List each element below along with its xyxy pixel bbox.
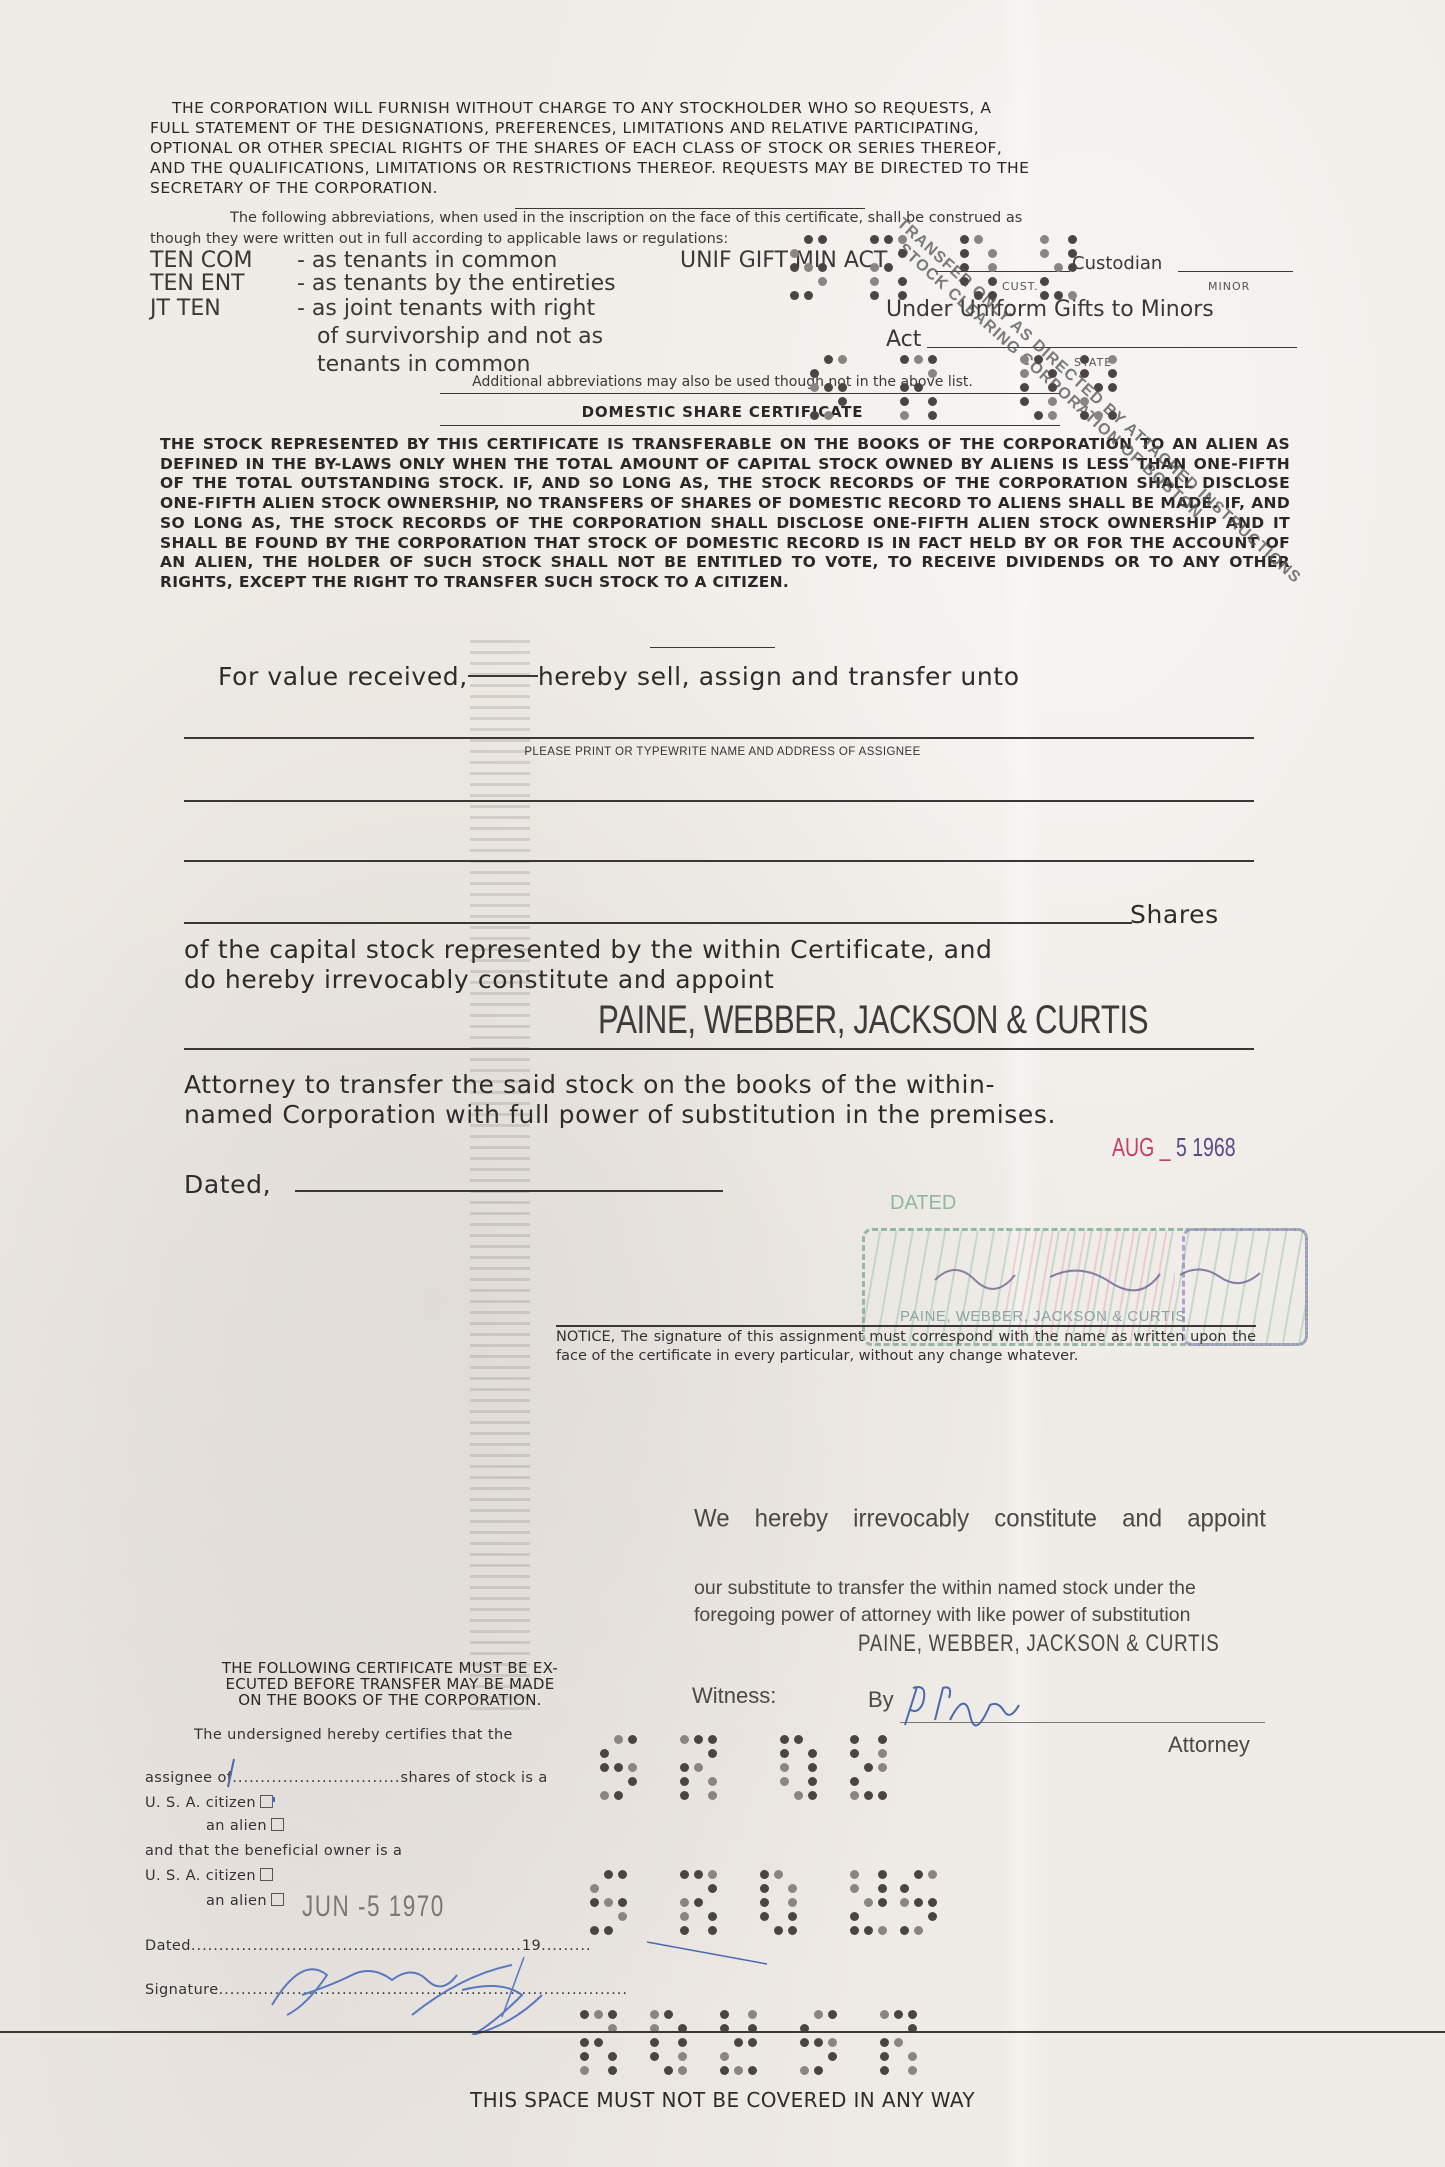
perforation-hole xyxy=(708,1912,717,1921)
perforation-hole xyxy=(604,1898,613,1907)
perforation-hole xyxy=(808,1791,817,1800)
signature-line[interactable] xyxy=(556,1325,1256,1327)
perforation-hole xyxy=(780,1735,789,1744)
perforation-hole xyxy=(708,1926,717,1935)
perforation-hole xyxy=(788,1884,797,1893)
perforation-hole xyxy=(800,2038,809,2047)
perforation-hole xyxy=(864,1791,873,1800)
perforation-hole xyxy=(664,2010,673,2019)
perforation-hole xyxy=(734,2066,743,2075)
perforation-hole xyxy=(898,277,907,286)
citizenship-certificate-heading: THE FOLLOWING CERTIFICATE MUST BE EX- EC… xyxy=(145,1660,635,1708)
notice-line: OPTIONAL OR OTHER SPECIAL RIGHTS OF THE … xyxy=(150,138,1300,158)
assignee-alien-row: an alien xyxy=(206,1818,284,1834)
perforation-hole xyxy=(628,1777,637,1786)
holder-signature-icon xyxy=(262,1945,662,2035)
perforation-hole xyxy=(898,235,907,244)
domestic-share-title: DOMESTIC SHARE CERTIFICATE xyxy=(0,403,1445,421)
perforation-hole xyxy=(1034,355,1043,364)
dated-line[interactable] xyxy=(295,1190,723,1192)
perforation-hole xyxy=(1020,355,1029,364)
perforation-hole xyxy=(900,1898,909,1907)
witness-label: Witness: xyxy=(692,1683,776,1709)
value-received-line: For value received,hereby sell, assign a… xyxy=(218,662,1020,692)
perforation-hole xyxy=(960,277,969,286)
state-line xyxy=(927,347,1297,348)
guarantee-signature-icon xyxy=(930,1255,1270,1295)
notice-line: THE CORPORATION WILL FURNISH WITHOUT CHA… xyxy=(150,98,1300,118)
guarantee-stamp-firm: PAINE, WEBBER, JACKSON & CURTIS xyxy=(900,1308,1186,1325)
perforation-hole xyxy=(804,291,813,300)
perforation-hole xyxy=(1080,397,1089,406)
perforation-hole xyxy=(680,1735,689,1744)
perforation-hole xyxy=(1108,369,1117,378)
assignee-shares-field[interactable]: .............................. xyxy=(232,1770,400,1786)
perforation-hole xyxy=(680,1791,689,1800)
perforation-hole xyxy=(618,1870,627,1879)
perforation-hole xyxy=(870,291,879,300)
perforation-hole xyxy=(1020,369,1029,378)
perforation-hole xyxy=(928,355,937,364)
perforation-hole xyxy=(800,2066,809,2075)
perforation-hole xyxy=(900,355,909,364)
perforation-hole xyxy=(900,411,909,420)
pen-stroke-icon xyxy=(645,1940,775,1970)
owner-alien-checkbox[interactable] xyxy=(271,1893,284,1906)
custodian-label: Custodian xyxy=(1072,252,1162,276)
perforation-hole xyxy=(600,1763,609,1772)
beneficial-owner-text: and that the beneficial owner is a xyxy=(145,1843,402,1859)
perforation-hole xyxy=(884,235,893,244)
perforation-hole xyxy=(878,1791,887,1800)
owner-usa-citizen-row: U. S. A. citizen xyxy=(145,1868,273,1884)
perforation-hole xyxy=(988,291,997,300)
check-mark-icon xyxy=(220,1755,250,1795)
perforation-hole xyxy=(780,1749,789,1758)
perforation-hole xyxy=(818,235,827,244)
perforation-hole xyxy=(818,263,827,272)
perforation-hole xyxy=(900,397,909,406)
perforation-hole xyxy=(1080,411,1089,420)
abbreviations-intro: The following abbreviations, when used i… xyxy=(150,208,1300,250)
perforation-hole xyxy=(900,1926,909,1935)
act-label: Act xyxy=(886,328,921,352)
perforation-hole xyxy=(628,1735,637,1744)
substitution-heading: We hereby irrevocably constitute and app… xyxy=(694,1504,1266,1533)
perforation-hole xyxy=(708,1735,717,1744)
perforation-hole xyxy=(600,1791,609,1800)
perforation-hole xyxy=(1054,291,1063,300)
notice-line: FULL STATEMENT OF THE DESIGNATIONS, PREF… xyxy=(150,118,1300,138)
perforation-hole xyxy=(1054,263,1063,272)
perforation-hole xyxy=(680,1898,689,1907)
perforation-hole xyxy=(880,2010,889,2019)
perforation-hole xyxy=(694,1870,703,1879)
perforation-hole xyxy=(788,1926,797,1935)
perforation-hole xyxy=(928,1870,937,1879)
perforation-hole xyxy=(914,1898,923,1907)
perforation-hole xyxy=(850,1749,859,1758)
perforation-hole xyxy=(914,1926,923,1935)
perforation-hole xyxy=(788,1898,797,1907)
attorney-signature-icon xyxy=(895,1680,1035,1730)
perforation-hole xyxy=(928,1898,937,1907)
perforation-hole xyxy=(898,291,907,300)
perforation-hole xyxy=(774,1870,783,1879)
perforation-hole xyxy=(928,397,937,406)
perforation-hole xyxy=(678,2038,687,2047)
divider xyxy=(650,647,775,648)
perforation-hole xyxy=(580,2010,589,2019)
by-label: By xyxy=(868,1687,894,1713)
perforation-hole xyxy=(708,1791,717,1800)
perforation-hole xyxy=(870,235,879,244)
attorney-clause: Attorney to transfer the said stock on t… xyxy=(184,1070,1256,1130)
perforation-hole xyxy=(618,1898,627,1907)
guarantee-stamp-dated: DATED xyxy=(890,1192,956,1215)
assignee-caption: PLEASE PRINT OR TYPEWRITE NAME AND ADDRE… xyxy=(0,746,1445,758)
perforation-hole xyxy=(794,1791,803,1800)
perforation-hole xyxy=(878,1749,887,1758)
perforation-hole xyxy=(604,1870,613,1879)
perforation-hole xyxy=(850,1912,859,1921)
perforation-hole xyxy=(708,1870,717,1879)
divider xyxy=(440,393,1060,394)
perforation-hole xyxy=(1040,291,1049,300)
perforation-hole xyxy=(614,1735,623,1744)
perforation-hole xyxy=(1048,397,1057,406)
perforation-hole xyxy=(614,1763,623,1772)
perforation-hole xyxy=(878,1926,887,1935)
substitution-firm: PAINE, WEBBER, JACKSON & CURTIS xyxy=(858,1630,1220,1658)
perforation-hole xyxy=(760,1884,769,1893)
perforation-hole xyxy=(600,1749,609,1758)
perforation-hole xyxy=(694,1763,703,1772)
perforation-hole xyxy=(900,1884,909,1893)
perforation-hole xyxy=(960,263,969,272)
perforation-hole xyxy=(838,383,847,392)
perforation-hole xyxy=(604,1926,613,1935)
minor-caption: MINOR xyxy=(1208,280,1250,293)
perforation-hole xyxy=(708,1777,717,1786)
perforation-hole xyxy=(960,235,969,244)
footer-rule xyxy=(0,2031,1445,2033)
perforation-hole xyxy=(694,1898,703,1907)
minor-line xyxy=(1178,271,1293,272)
attorney-line[interactable] xyxy=(184,1048,1254,1050)
perforation-hole xyxy=(608,2066,617,2075)
stockholder-rights-notice: THE CORPORATION WILL FURNISH WITHOUT CHA… xyxy=(150,98,1300,198)
perforation-hole xyxy=(864,1926,873,1935)
assignor-field[interactable] xyxy=(468,675,538,677)
perforation-hole xyxy=(894,2038,903,2047)
perforation-hole xyxy=(1034,411,1043,420)
perforation-hole xyxy=(628,1763,637,1772)
perforation-hole xyxy=(794,1735,803,1744)
perforation-hole xyxy=(580,2066,589,2075)
perforation-hole xyxy=(884,263,893,272)
perforation-hole xyxy=(914,355,923,364)
assignee-address-line[interactable] xyxy=(184,800,1254,802)
perforation-hole xyxy=(790,263,799,272)
perforation-hole xyxy=(790,291,799,300)
perforation-hole xyxy=(828,2010,837,2019)
perforation-hole xyxy=(810,383,819,392)
perforation-hole xyxy=(804,263,813,272)
perforation-hole xyxy=(804,235,813,244)
perforation-hole xyxy=(824,411,833,420)
aug-1968-date-stamp: AUG _ 5 1968 xyxy=(1112,1132,1236,1163)
perforation-hole xyxy=(838,355,847,364)
perforation-hole xyxy=(1048,411,1057,420)
perforation-hole xyxy=(590,1884,599,1893)
perforation-hole xyxy=(780,1763,789,1772)
perforation-hole xyxy=(828,2038,837,2047)
shares-amount-line[interactable] xyxy=(184,922,1132,924)
perforation-hole xyxy=(1020,397,1029,406)
attorney-label: Attorney xyxy=(1168,1732,1250,1758)
perforation-hole xyxy=(880,2052,889,2061)
perforation-hole xyxy=(928,1912,937,1921)
perforation-hole xyxy=(650,2052,659,2061)
divider xyxy=(440,425,1060,426)
substitution-clause: our substitute to transfer the within na… xyxy=(694,1575,1259,1629)
assignee-address-line-2[interactable] xyxy=(184,860,1254,862)
perforation-hole xyxy=(878,1870,887,1879)
footer-notice: THIS SPACE MUST NOT BE COVERED IN ANY WA… xyxy=(0,2088,1445,2112)
perforation-hole xyxy=(864,1898,873,1907)
perforation-hole xyxy=(824,355,833,364)
signature-notice: NOTICE, The signature of this assignment… xyxy=(556,1328,1256,1366)
notice-line: AND THE QUALIFICATIONS, LIMITATIONS OR R… xyxy=(150,158,1300,178)
assignee-usa-citizen-row: U. S. A. citizen xyxy=(145,1795,273,1811)
perforation-hole xyxy=(614,1791,623,1800)
perforation-hole xyxy=(1048,369,1057,378)
attorney-firm-name: PAINE, WEBBER, JACKSON & CURTIS xyxy=(598,998,1148,1043)
perforation-hole xyxy=(878,1763,887,1772)
perforation-hole xyxy=(974,291,983,300)
perforation-hole xyxy=(594,2010,603,2019)
perforation-hole xyxy=(760,1870,769,1879)
perforation-hole xyxy=(814,2038,823,2047)
perforation-hole xyxy=(850,1777,859,1786)
perforation-hole xyxy=(680,1912,689,1921)
perforation-hole xyxy=(720,2010,729,2019)
perforation-hole xyxy=(878,1898,887,1907)
perforation-hole xyxy=(808,1749,817,1758)
perforation-hole xyxy=(1094,383,1103,392)
dated-label: Dated, xyxy=(184,1170,271,1200)
perforation-hole xyxy=(900,383,909,392)
cust-caption: CUST. xyxy=(1002,280,1039,293)
perforation-hole xyxy=(650,2038,659,2047)
perforation-hole xyxy=(960,249,969,258)
perforation-hole xyxy=(914,1870,923,1879)
perforation-hole xyxy=(1048,383,1057,392)
jun-1970-date-stamp: JUN -5 1970 xyxy=(302,1890,445,1924)
perforation-hole xyxy=(618,1912,627,1921)
perforation-hole xyxy=(708,1884,717,1893)
perforation-hole xyxy=(608,2010,617,2019)
notice-line: SECRETARY OF THE CORPORATION. xyxy=(150,178,1300,198)
perforation-hole xyxy=(580,2038,589,2047)
perforation-hole xyxy=(808,1777,817,1786)
perforation-hole xyxy=(974,235,983,244)
perforation-hole xyxy=(988,277,997,286)
perforation-hole xyxy=(590,1926,599,1935)
perforation-hole xyxy=(880,2038,889,2047)
perforation-hole xyxy=(908,2066,917,2075)
perforation-hole xyxy=(914,383,923,392)
perforation-hole xyxy=(720,2052,729,2061)
perforation-hole xyxy=(1040,277,1049,286)
perforation-hole xyxy=(694,1735,703,1744)
perforation-hole xyxy=(850,1735,859,1744)
perforation-hole xyxy=(838,397,847,406)
perforation-hole xyxy=(760,1912,769,1921)
perforation-hole xyxy=(650,2010,659,2019)
perforation-hole xyxy=(818,277,827,286)
owner-usa-citizen-checkbox[interactable] xyxy=(260,1868,273,1881)
perforation-hole xyxy=(748,2066,757,2075)
perforation-hole xyxy=(828,2052,837,2061)
perforation-hole xyxy=(1108,355,1117,364)
perforation-hole xyxy=(1068,249,1077,258)
unif-gift-min-act: UNIF GIFT MIN ACT xyxy=(680,249,887,273)
perforation-hole xyxy=(850,1926,859,1935)
perforation-hole xyxy=(1040,249,1049,258)
perforation-hole xyxy=(774,1926,783,1935)
perforation-hole xyxy=(988,249,997,258)
undersigned-text: The undersigned hereby certifies that th… xyxy=(194,1727,513,1743)
domestic-share-restriction: THE STOCK REPRESENTED BY THIS CERTIFICAT… xyxy=(160,435,1290,593)
perforation-hole xyxy=(760,1898,769,1907)
perforation-hole xyxy=(720,2066,729,2075)
assignee-name-line[interactable] xyxy=(184,737,1254,739)
perforation-hole xyxy=(928,369,937,378)
perforation-hole xyxy=(870,277,879,286)
perforation-hole xyxy=(734,2038,743,2047)
perforation-hole xyxy=(1080,355,1089,364)
perforation-hole xyxy=(814,2066,823,2075)
perforation-hole xyxy=(1094,411,1103,420)
perforation-hole xyxy=(850,1870,859,1879)
additional-abbreviations-note: Additional abbreviations may also be use… xyxy=(0,374,1445,390)
under-uniform-gifts: Under Uniform Gifts to Minors xyxy=(886,298,1214,322)
perforation-hole xyxy=(1068,235,1077,244)
assignee-of-row: assignee of.............................… xyxy=(145,1770,548,1786)
perforation-hole xyxy=(988,263,997,272)
abbreviation-jt-ten-cont: of survivorship and not as xyxy=(317,325,603,349)
perforation-hole xyxy=(878,1735,887,1744)
perforation-hole xyxy=(814,2010,823,2019)
perforation-hole xyxy=(1020,383,1029,392)
perforation-hole xyxy=(1068,263,1077,272)
perforation-hole xyxy=(1108,383,1117,392)
perforation-hole xyxy=(850,1884,859,1893)
perforation-hole xyxy=(1108,411,1117,420)
perforation-hole xyxy=(1040,235,1049,244)
perforation-hole xyxy=(894,2010,903,2019)
perforation-hole xyxy=(1068,291,1077,300)
perforation-hole xyxy=(680,1926,689,1935)
perforation-hole xyxy=(850,1791,859,1800)
perforation-hole xyxy=(908,2052,917,2061)
perforation-hole xyxy=(580,2052,589,2061)
perforation-hole xyxy=(594,2038,603,2047)
perforation-hole xyxy=(788,1912,797,1921)
perforation-hole xyxy=(748,2038,757,2047)
perforation-hole xyxy=(870,263,879,272)
perforation-hole xyxy=(708,1749,717,1758)
perforation-hole xyxy=(680,1777,689,1786)
perforation-hole xyxy=(908,2010,917,2019)
owner-alien-row: an alien xyxy=(206,1893,284,1909)
perforation-hole xyxy=(928,411,937,420)
perforation-hole xyxy=(680,1763,689,1772)
perforation-hole xyxy=(880,2066,889,2075)
perforation-hole xyxy=(878,1884,887,1893)
perforation-hole xyxy=(1080,369,1089,378)
perforation-hole xyxy=(678,2052,687,2061)
perforation-hole xyxy=(898,249,907,258)
perforation-hole xyxy=(864,1763,873,1772)
perforation-hole xyxy=(824,383,833,392)
perforation-hole xyxy=(748,2010,757,2019)
perforation-hole xyxy=(664,2066,673,2075)
perforation-hole xyxy=(608,2052,617,2061)
assignee-usa-citizen-checkbox[interactable] xyxy=(260,1795,273,1808)
perforation-hole xyxy=(680,1870,689,1879)
perforation-hole xyxy=(590,1898,599,1907)
perforation-hole xyxy=(810,411,819,420)
perforation-hole xyxy=(678,2066,687,2075)
assignee-alien-checkbox[interactable] xyxy=(271,1818,284,1831)
perforation-hole xyxy=(790,249,799,258)
perforation-hole xyxy=(810,369,819,378)
perforation-hole xyxy=(780,1777,789,1786)
capital-stock-clause: of the capital stock represented by the … xyxy=(184,935,1254,995)
perforation-hole xyxy=(808,1763,817,1772)
shares-label: Shares xyxy=(1130,900,1219,930)
